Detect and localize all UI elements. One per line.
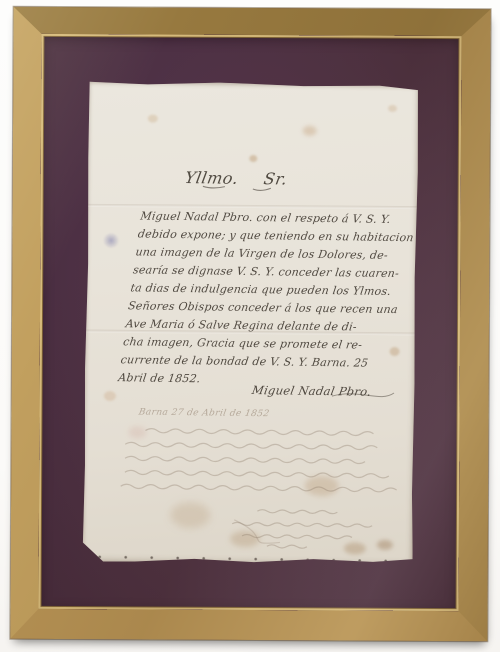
- stain-smudge: [170, 502, 210, 529]
- photo-of-framed-letter: Yllmo. Sr. Miguel Nadal Pbro. con el res…: [0, 0, 500, 652]
- foxing-spot: [128, 426, 146, 438]
- stain-smudge: [305, 476, 339, 496]
- foxing-spot: [388, 105, 397, 112]
- stain-smudge: [377, 540, 393, 550]
- faded-response-date: Barna 27 de Abril de 1852: [138, 407, 270, 419]
- stain-smudge: [344, 542, 366, 554]
- letter-paper: Yllmo. Sr. Miguel Nadal Pbro. con el res…: [82, 81, 420, 567]
- foxing-spot: [303, 126, 317, 136]
- letter-body: Miguel Nadal Pbro. con el respeto á V. S…: [117, 207, 414, 390]
- letter-heading: Yllmo. Sr.: [183, 168, 326, 189]
- foxing-spot: [249, 155, 257, 162]
- stain-smudge: [230, 531, 260, 547]
- foxing-spot: [148, 115, 158, 123]
- letter-signature: Miguel Nadal Pbro.: [251, 383, 373, 399]
- foxing-spot: [104, 391, 116, 401]
- ink-stamp-smudge: [102, 233, 120, 248]
